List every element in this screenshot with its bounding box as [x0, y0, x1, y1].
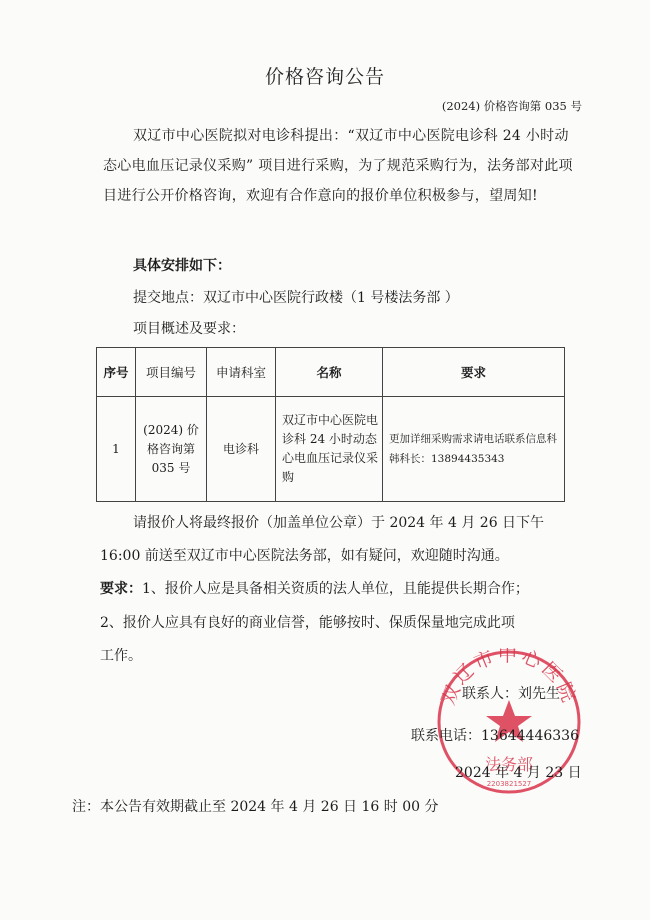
cell-index: 1	[97, 397, 136, 502]
deadline-line-2: 16:00 前送至双辽市中心医院法务部，如有疑问，欢迎随时沟通。	[100, 545, 509, 565]
validity-note: 注：本公告有效期截止至 2024 年 4 月 26 日 16 时 00 分	[72, 796, 438, 816]
contact-person: 联系人：刘先生	[462, 683, 560, 703]
header-name: 名称	[276, 348, 383, 397]
cell-department: 电诊科	[207, 397, 276, 502]
requirement-line-1: 更加详细采购需求请电话联系信息科	[389, 429, 560, 449]
project-table: 序号 项目编号 申请科室 名称 要求 1 (2024) 价格咨询第 035 号 …	[96, 347, 565, 502]
header-department: 申请科室	[207, 348, 276, 397]
cell-requirement: 更加详细采购需求请电话联系信息科 韩科长：13894435343	[383, 397, 565, 502]
requirement-2-line-1: 2、报价人应具有良好的商业信誉，能够按时、保质保量地完成此项	[100, 612, 515, 632]
requirement-1-line: 要求：1、报价人应是具备相关资质的法人单位，且能提供长期合作；	[100, 578, 529, 598]
table-header-row: 序号 项目编号 申请科室 名称 要求	[97, 348, 565, 397]
notice-date: 2024 年 4 月 23 日	[455, 762, 582, 782]
deadline-line-1: 请报价人将最终报价（加盖单位公章）于 2024 年 4 月 26 日下午	[133, 512, 544, 532]
overview-heading: 项目概述及要求：	[133, 318, 245, 338]
cell-project-no: (2024) 价格咨询第 035 号	[136, 397, 207, 502]
cell-name: 双辽市中心医院电诊科 24 小时动态心电血压记录仪采购	[276, 397, 383, 502]
requirement-1: 1、报价人应是具备相关资质的法人单位，且能提供长期合作；	[142, 581, 529, 597]
document-number: (2024) 价格咨询第 035 号	[442, 98, 582, 114]
intro-paragraph: 双辽市中心医院拟对电诊科提出：“双辽市中心医院电诊科 24 小时动态心电血压记录…	[103, 121, 573, 211]
document-page: 价格咨询公告 (2024) 价格咨询第 035 号 双辽市中心医院拟对电诊科提出…	[0, 0, 650, 920]
document-title: 价格咨询公告	[0, 62, 650, 89]
requirement-line-2: 韩科长：13894435343	[389, 449, 560, 469]
contact-phone: 联系电话：13644446336	[411, 725, 579, 745]
header-project-no: 项目编号	[136, 348, 207, 397]
header-index: 序号	[97, 348, 136, 397]
requirements-label: 要求：	[100, 581, 142, 597]
requirement-2-line-2: 工作。	[100, 645, 142, 665]
submission-location: 提交地点：双辽市中心医院行政楼（1 号楼法务部 ）	[133, 287, 459, 307]
table-row: 1 (2024) 价格咨询第 035 号 电诊科 双辽市中心医院电诊科 24 小…	[97, 397, 565, 502]
arrangement-heading: 具体安排如下：	[133, 255, 231, 275]
header-requirement: 要求	[383, 348, 565, 397]
